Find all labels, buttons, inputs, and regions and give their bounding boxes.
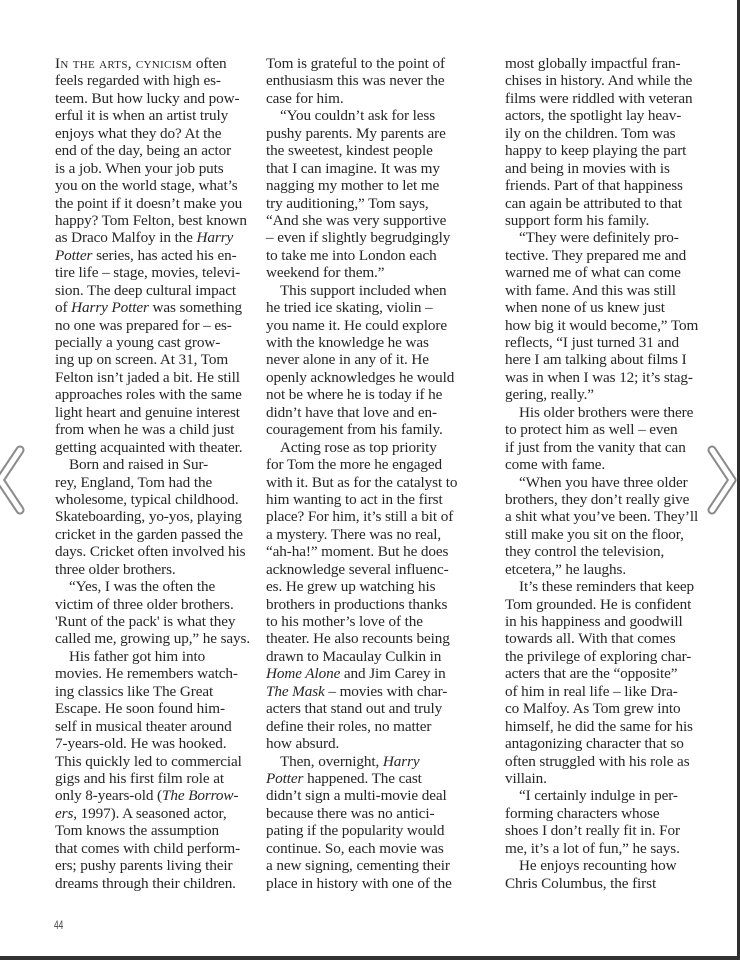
text-line: and being in movies with is <box>505 160 698 177</box>
text-line: es. He grew up watching his <box>266 578 457 595</box>
text-line: how absurd. <box>266 735 457 752</box>
line-text: Tom knows the assumption <box>55 822 219 839</box>
text-line: self in musical theater around <box>55 718 250 735</box>
text-line: didn’t have that love and en- <box>266 404 457 421</box>
text-line: drawn to Macaulay Culkin in <box>266 648 457 665</box>
text-line: was in when I was 12; it’s stag- <box>505 369 698 386</box>
line-text: happened. The cast <box>303 770 421 787</box>
text-line: teem. But how lucky and pow- <box>55 90 250 107</box>
text-line: pushy parents. My parents are <box>266 125 457 142</box>
text-line: a new signing, cementing their <box>266 857 457 874</box>
line-text: pushy parents. My parents are <box>266 125 446 142</box>
line-text: weekend for them.” <box>266 264 384 281</box>
text-line: himself, he did the same for his <box>505 718 698 735</box>
text-line: His father got him into <box>55 648 250 665</box>
text-line: most globally impactful fran- <box>505 55 698 72</box>
line-text: most globally impactful fran- <box>505 55 681 72</box>
text-line: to his mother’s love of the <box>266 613 457 630</box>
line-text: with the knowledge he was <box>266 334 429 351</box>
text-line: rey, England, Tom had the <box>55 474 250 491</box>
text-line: “You couldn’t ask for less <box>266 107 457 124</box>
line-text: etcetera,” he laughs. <box>505 561 626 578</box>
line-text: the privilege of exploring char- <box>505 648 691 665</box>
line-text: This support included when <box>280 282 447 299</box>
text-line: light heart and genuine interest <box>55 404 250 421</box>
text-line: with fame. And this was still <box>505 282 698 299</box>
text-line: Potter series, has acted his en- <box>55 247 250 264</box>
text-line: from when he was a child just <box>55 421 250 438</box>
line-text: acters that are the “opposite” <box>505 665 677 682</box>
text-line: of Harry Potter was something <box>55 299 250 316</box>
text-line: end of the day, being an actor <box>55 142 250 159</box>
text-line: cricket in the garden passed the <box>55 526 250 543</box>
text-line: try auditioning,” Tom says, <box>266 195 457 212</box>
text-line: you on the world stage, what’s <box>55 177 250 194</box>
line-text: often struggled with his role as <box>505 753 690 770</box>
line-text: days. Cricket often involved his <box>55 543 245 560</box>
line-text: the sweetest, kindest people <box>266 142 433 159</box>
line-text: forming characters whose <box>505 805 659 822</box>
line-text: drawn to Macaulay Culkin in <box>266 648 441 665</box>
text-line: shoes I don’t really fit in. For <box>505 822 698 839</box>
chevron-right-icon <box>700 440 740 520</box>
text-line: His older brothers were there <box>505 404 698 421</box>
line-text: movies. He remembers watch- <box>55 665 238 682</box>
line-text: was in when I was 12; it’s stag- <box>505 369 693 386</box>
text-line: In the arts, cynicism often <box>55 55 250 72</box>
line-text: how big it would become,” Tom <box>505 317 698 334</box>
italic-title: Harry Potter <box>71 299 149 316</box>
line-text: theater. He also recounts being <box>266 630 450 647</box>
text-line: villain. <box>505 770 698 787</box>
line-text: feels regarded with high es- <box>55 72 221 89</box>
italic-title: Harry <box>383 753 420 770</box>
line-text: Chris Columbus, the first <box>505 875 656 892</box>
line-text: never alone in any of it. He <box>266 351 429 368</box>
line-text: ing classics like The Great <box>55 683 213 700</box>
italic-title: The Borrow- <box>162 787 238 804</box>
line-text: to his mother’s love of the <box>266 613 423 630</box>
line-text: Felton isn’t jaded a bit. He still <box>55 369 240 386</box>
text-line: pecially a young cast grow- <box>55 334 250 351</box>
text-line: ers; pushy parents living their <box>55 857 250 874</box>
text-line: a mystery. There was no real, <box>266 526 457 543</box>
text-line: to take me into London each <box>266 247 457 264</box>
line-text: brothers in productions thanks <box>266 596 447 613</box>
line-text: “And she was very supportive <box>266 212 446 229</box>
text-line: “When you have three older <box>505 474 698 491</box>
text-line: the sweetest, kindest people <box>266 142 457 159</box>
text-line: This support included when <box>266 282 457 299</box>
line-text: Tom is grateful to the point of <box>266 55 445 72</box>
text-line: acters that are the “opposite” <box>505 665 698 682</box>
text-line: not be where he is today if he <box>266 386 457 403</box>
line-text: no one was prepared for – es- <box>55 317 232 334</box>
text-line: Chris Columbus, the first <box>505 875 698 892</box>
chevron-left-icon <box>0 440 34 520</box>
line-text: getting acquainted with theater. <box>55 439 242 456</box>
viewer-frame-bottom <box>0 956 740 960</box>
text-line: no one was prepared for – es- <box>55 317 250 334</box>
line-text: didn’t sign a multi-movie deal <box>266 787 447 804</box>
line-text: as Draco Malfoy in the <box>55 229 197 246</box>
line-text: It’s these reminders that keep <box>519 578 694 595</box>
line-text: “They were definitely pro- <box>519 229 679 246</box>
line-text: erful it is when an artist truly <box>55 107 228 124</box>
line-text: cricket in the garden passed the <box>55 526 243 543</box>
line-text: that comes with child perform- <box>55 840 240 857</box>
line-text: him wanting to act in the first <box>266 491 443 508</box>
line-text: only 8-years-old ( <box>55 787 162 804</box>
line-text: “I certainly indulge in per- <box>519 787 678 804</box>
text-line: as Draco Malfoy in the Harry <box>55 229 250 246</box>
line-text: He enjoys recounting how <box>519 857 676 874</box>
text-line: Skateboarding, yo-yos, playing <box>55 508 250 525</box>
text-line: called me, growing up,” he says. <box>55 630 250 647</box>
line-text: self in musical theater around <box>55 718 232 735</box>
text-line: friends. Part of that happiness <box>505 177 698 194</box>
line-text: place in history with one of the <box>266 875 452 892</box>
text-line: continue. So, each movie was <box>266 840 457 857</box>
line-text: co Malfoy. As Tom grew into <box>505 700 681 717</box>
text-line: Tom grounded. He is confident <box>505 596 698 613</box>
text-line: for Tom the more he engaged <box>266 456 457 473</box>
text-line: acknowledge several influenc- <box>266 561 457 578</box>
text-line: that I can imagine. It was my <box>266 160 457 177</box>
text-line: nagging my mother to let me <box>266 177 457 194</box>
line-text: es. He grew up watching his <box>266 578 435 595</box>
text-line: Tom is grateful to the point of <box>266 55 457 72</box>
text-line: Escape. He soon found him- <box>55 700 250 717</box>
line-text: films were riddled with veteran <box>505 90 693 107</box>
text-line: pating if the popularity would <box>266 822 457 839</box>
line-text: me, it’s a lot of fun,” he says. <box>505 840 680 857</box>
text-line: couragement from his family. <box>266 421 457 438</box>
line-text: series, has acted his en- <box>92 247 236 264</box>
text-line: theater. He also recounts being <box>266 630 457 647</box>
line-text: still make you sit on the floor, <box>505 526 684 543</box>
line-text: and being in movies with is <box>505 160 670 177</box>
line-text: Skateboarding, yo-yos, playing <box>55 508 242 525</box>
text-line: films were riddled with veteran <box>505 90 698 107</box>
text-line: “And she was very supportive <box>266 212 457 229</box>
line-text: His older brothers were there <box>519 404 693 421</box>
line-text: “When you have three older <box>519 474 688 491</box>
text-line: days. Cricket often involved his <box>55 543 250 560</box>
line-text: end of the day, being an actor <box>55 142 231 159</box>
text-line: towards all. With that comes <box>505 630 698 647</box>
line-text: couragement from his family. <box>266 421 443 438</box>
line-text: This quickly led to commercial <box>55 753 242 770</box>
text-line: with the knowledge he was <box>266 334 457 351</box>
text-line: acters that stand out and truly <box>266 700 457 717</box>
line-text: place? For him, it’s still a bit of <box>266 508 453 525</box>
page-number: 44 <box>54 918 63 932</box>
line-text: acknowledge several influenc- <box>266 561 449 578</box>
text-line: “They were definitely pro- <box>505 229 698 246</box>
line-text: ers; pushy parents living their <box>55 857 232 874</box>
line-text: a mystery. There was no real, <box>266 526 441 543</box>
line-text: a shit what you’ve been. They’ll <box>505 508 698 525</box>
line-text: Escape. He soon found him- <box>55 700 225 717</box>
line-text: and Jim Carey in <box>340 665 445 682</box>
italic-title: Potter <box>55 247 92 264</box>
line-text: of <box>55 299 71 316</box>
text-line: when none of us knew just <box>505 299 698 316</box>
text-line: Born and raised in Sur- <box>55 456 250 473</box>
text-line: here I am talking about films I <box>505 351 698 368</box>
line-text: that I can imagine. It was my <box>266 160 440 177</box>
text-line: Tom knows the assumption <box>55 822 250 839</box>
text-line: of him in real life – like Dra- <box>505 683 698 700</box>
line-text: warned me of what can come <box>505 264 681 281</box>
text-line: never alone in any of it. He <box>266 351 457 368</box>
text-line: tire life – stage, movies, televi- <box>55 264 250 281</box>
line-text: ing up on screen. At 31, Tom <box>55 351 228 368</box>
text-line: ing up on screen. At 31, Tom <box>55 351 250 368</box>
text-line: reflects, “I just turned 31 and <box>505 334 698 351</box>
text-line: the point if it doesn’t make you <box>55 195 250 212</box>
line-text: pecially a young cast grow- <box>55 334 220 351</box>
text-line: weekend for them.” <box>266 264 457 281</box>
line-text: called me, growing up,” he says. <box>55 630 250 647</box>
line-text: openly acknowledges he would <box>266 369 454 386</box>
text-line: case for him. <box>266 90 457 107</box>
text-line: gering, really.” <box>505 386 698 403</box>
text-line: often struggled with his role as <box>505 753 698 770</box>
text-line: “Yes, I was the often the <box>55 578 250 595</box>
line-text: define their roles, no matter <box>266 718 431 735</box>
text-line: is a job. When your job puts <box>55 160 250 177</box>
text-line: He enjoys recounting how <box>505 857 698 874</box>
line-text: because there was no antici- <box>266 805 434 822</box>
line-text: to protect him as well – even <box>505 421 678 438</box>
line-text: Born and raised in Sur- <box>69 456 208 473</box>
line-text: three older brothers. <box>55 561 176 578</box>
line-text: gigs and his first film role at <box>55 770 224 787</box>
text-line: didn’t sign a multi-movie deal <box>266 787 457 804</box>
text-line: tective. They prepared me and <box>505 247 698 264</box>
line-text: from when he was a child just <box>55 421 234 438</box>
line-text: the point if it doesn’t make you <box>55 195 242 212</box>
line-text: often <box>192 55 226 72</box>
text-line: brothers in productions thanks <box>266 596 457 613</box>
line-text: pating if the popularity would <box>266 822 444 839</box>
line-text: villain. <box>505 770 547 787</box>
line-text: he tried ice skating, violin – <box>266 299 433 316</box>
line-text: didn’t have that love and en- <box>266 404 437 421</box>
line-text: towards all. With that comes <box>505 630 676 647</box>
text-line: ers, 1997). A seasoned actor, <box>55 805 250 822</box>
text-line: that comes with child perform- <box>55 840 250 857</box>
text-line: forming characters whose <box>505 805 698 822</box>
text-line: wholesome, typical childhood. <box>55 491 250 508</box>
text-line: three older brothers. <box>55 561 250 578</box>
line-text: His father got him into <box>69 648 205 665</box>
text-line: sion. The deep cultural impact <box>55 282 250 299</box>
text-line: place in history with one of the <box>266 875 457 892</box>
line-text: in his happiness and goodwill <box>505 613 683 630</box>
text-line: Home Alone and Jim Carey in <box>266 665 457 682</box>
line-text: chises in history. And while the <box>505 72 692 89</box>
line-text: actors, the spotlight lay heav- <box>505 107 681 124</box>
text-line: victim of three older brothers. <box>55 596 250 613</box>
text-line: dreams through their children. <box>55 875 250 892</box>
line-text: not be where he is today if he <box>266 386 442 403</box>
text-line: support form his family. <box>505 212 698 229</box>
lead-in-smallcaps: In the arts, cynicism <box>55 55 192 72</box>
line-text: was something <box>149 299 242 316</box>
line-text: gering, really.” <box>505 386 594 403</box>
text-line: in his happiness and goodwill <box>505 613 698 630</box>
text-line: 7-years-old. He was hooked. <box>55 735 250 752</box>
magazine-page: In the arts, cynicism oftenfeels regarde… <box>0 0 737 956</box>
text-line: getting acquainted with theater. <box>55 439 250 456</box>
line-text: enthusiasm this was never the <box>266 72 444 89</box>
text-line: Then, overnight, Harry <box>266 753 457 770</box>
line-text: – movies with char- <box>325 683 448 700</box>
line-text: 'Runt of the pack' is what they <box>55 613 235 630</box>
line-text: – even if slightly begrudgingly <box>266 229 450 246</box>
text-line: feels regarded with high es- <box>55 72 250 89</box>
text-line: enjoys what they do? At the <box>55 125 250 142</box>
text-line: chises in history. And while the <box>505 72 698 89</box>
line-text: they control the television, <box>505 543 664 560</box>
line-text: friends. Part of that happiness <box>505 177 683 194</box>
text-line: you name it. He could explore <box>266 317 457 334</box>
line-text: , 1997). A seasoned actor, <box>73 805 226 822</box>
line-text: “ah-ha!” moment. But he does <box>266 543 448 560</box>
text-line: enthusiasm this was never the <box>266 72 457 89</box>
text-line: “ah-ha!” moment. But he does <box>266 543 457 560</box>
line-text: dreams through their children. <box>55 875 236 892</box>
italic-title: ers <box>55 805 73 822</box>
line-text: if just from the vanity that can <box>505 439 686 456</box>
text-line: The Mask – movies with char- <box>266 683 457 700</box>
text-line: warned me of what can come <box>505 264 698 281</box>
line-text: tective. They prepared me and <box>505 247 686 264</box>
article-column-1: In the arts, cynicism oftenfeels regarde… <box>55 55 250 892</box>
line-text: try auditioning,” Tom says, <box>266 195 429 212</box>
line-text: wholesome, typical childhood. <box>55 491 239 508</box>
text-line: with it. But as for the catalyst to <box>266 474 457 491</box>
line-text: when none of us knew just <box>505 299 665 316</box>
line-text: with fame. And this was still <box>505 282 676 299</box>
text-line: to protect him as well – even <box>505 421 698 438</box>
text-line: a shit what you’ve been. They’ll <box>505 508 698 525</box>
line-text: you name it. He could explore <box>266 317 447 334</box>
text-line: me, it’s a lot of fun,” he says. <box>505 840 698 857</box>
line-text: come with fame. <box>505 456 605 473</box>
line-text: continue. So, each movie was <box>266 840 444 857</box>
line-text: is a job. When your job puts <box>55 160 224 177</box>
italic-title: Home Alone <box>266 665 340 682</box>
line-text: nagging my mother to let me <box>266 177 439 194</box>
line-text: here I am talking about films I <box>505 351 687 368</box>
line-text: brothers, they don’t really give <box>505 491 689 508</box>
line-text: to take me into London each <box>266 247 437 264</box>
italic-title: Harry <box>197 229 234 246</box>
text-line: approaches roles with the same <box>55 386 250 403</box>
line-text: for Tom the more he engaged <box>266 456 442 473</box>
line-text: light heart and genuine interest <box>55 404 240 421</box>
line-text: tire life – stage, movies, televi- <box>55 264 240 281</box>
text-line: ily on the children. Tom was <box>505 125 698 142</box>
text-line: how big it would become,” Tom <box>505 317 698 334</box>
line-text: 7-years-old. He was hooked. <box>55 735 226 752</box>
text-line: happy to keep playing the part <box>505 142 698 159</box>
text-line: define their roles, no matter <box>266 718 457 735</box>
line-text: happy? Tom Felton, best known <box>55 212 247 229</box>
line-text: of him in real life – like Dra- <box>505 683 678 700</box>
line-text: himself, he did the same for his <box>505 718 693 735</box>
italic-title: Potter <box>266 770 303 787</box>
line-text: victim of three older brothers. <box>55 596 234 613</box>
article-column-2: Tom is grateful to the point ofenthusias… <box>266 55 457 892</box>
next-page-button[interactable] <box>700 440 740 520</box>
text-line: – even if slightly begrudgingly <box>266 229 457 246</box>
text-line: Felton isn’t jaded a bit. He still <box>55 369 250 386</box>
text-line: 'Runt of the pack' is what they <box>55 613 250 630</box>
line-text: “You couldn’t ask for less <box>280 107 435 124</box>
text-line: gigs and his first film role at <box>55 770 250 787</box>
line-text: how absurd. <box>266 735 339 752</box>
text-line: movies. He remembers watch- <box>55 665 250 682</box>
line-text: teem. But how lucky and pow- <box>55 90 239 107</box>
line-text: sion. The deep cultural impact <box>55 282 236 299</box>
text-line: co Malfoy. As Tom grew into <box>505 700 698 717</box>
line-text: support form his family. <box>505 212 649 229</box>
line-text: you on the world stage, what’s <box>55 177 238 194</box>
line-text: Tom grounded. He is confident <box>505 596 691 613</box>
text-line: still make you sit on the floor, <box>505 526 698 543</box>
line-text: with it. But as for the catalyst to <box>266 474 457 491</box>
text-line: because there was no antici- <box>266 805 457 822</box>
text-line: “I certainly indulge in per- <box>505 787 698 804</box>
line-text: case for him. <box>266 90 344 107</box>
text-line: if just from the vanity that can <box>505 439 698 456</box>
text-line: only 8-years-old (The Borrow- <box>55 787 250 804</box>
text-line: they control the television, <box>505 543 698 560</box>
line-text: a new signing, cementing their <box>266 857 450 874</box>
line-text: shoes I don’t really fit in. For <box>505 822 680 839</box>
text-line: actors, the spotlight lay heav- <box>505 107 698 124</box>
article-column-3: most globally impactful fran-chises in h… <box>505 55 698 892</box>
line-text: Then, overnight, <box>280 753 383 770</box>
italic-title: The Mask <box>266 683 325 700</box>
line-text: rey, England, Tom had the <box>55 474 212 491</box>
text-line: This quickly led to commercial <box>55 753 250 770</box>
text-line: erful it is when an artist truly <box>55 107 250 124</box>
line-text: Acting rose as top priority <box>280 439 437 456</box>
line-text: happy to keep playing the part <box>505 142 686 159</box>
line-text: acters that stand out and truly <box>266 700 442 717</box>
text-line: him wanting to act in the first <box>266 491 457 508</box>
text-line: come with fame. <box>505 456 698 473</box>
previous-page-button[interactable] <box>0 440 34 520</box>
text-line: he tried ice skating, violin – <box>266 299 457 316</box>
text-line: can again be attributed to that <box>505 195 698 212</box>
text-line: the privilege of exploring char- <box>505 648 698 665</box>
line-text: ily on the children. Tom was <box>505 125 675 142</box>
text-line: antagonizing character that so <box>505 735 698 752</box>
line-text: “Yes, I was the often the <box>69 578 215 595</box>
line-text: can again be attributed to that <box>505 195 682 212</box>
line-text: antagonizing character that so <box>505 735 684 752</box>
line-text: enjoys what they do? At the <box>55 125 221 142</box>
text-line: Acting rose as top priority <box>266 439 457 456</box>
line-text: reflects, “I just turned 31 and <box>505 334 679 351</box>
